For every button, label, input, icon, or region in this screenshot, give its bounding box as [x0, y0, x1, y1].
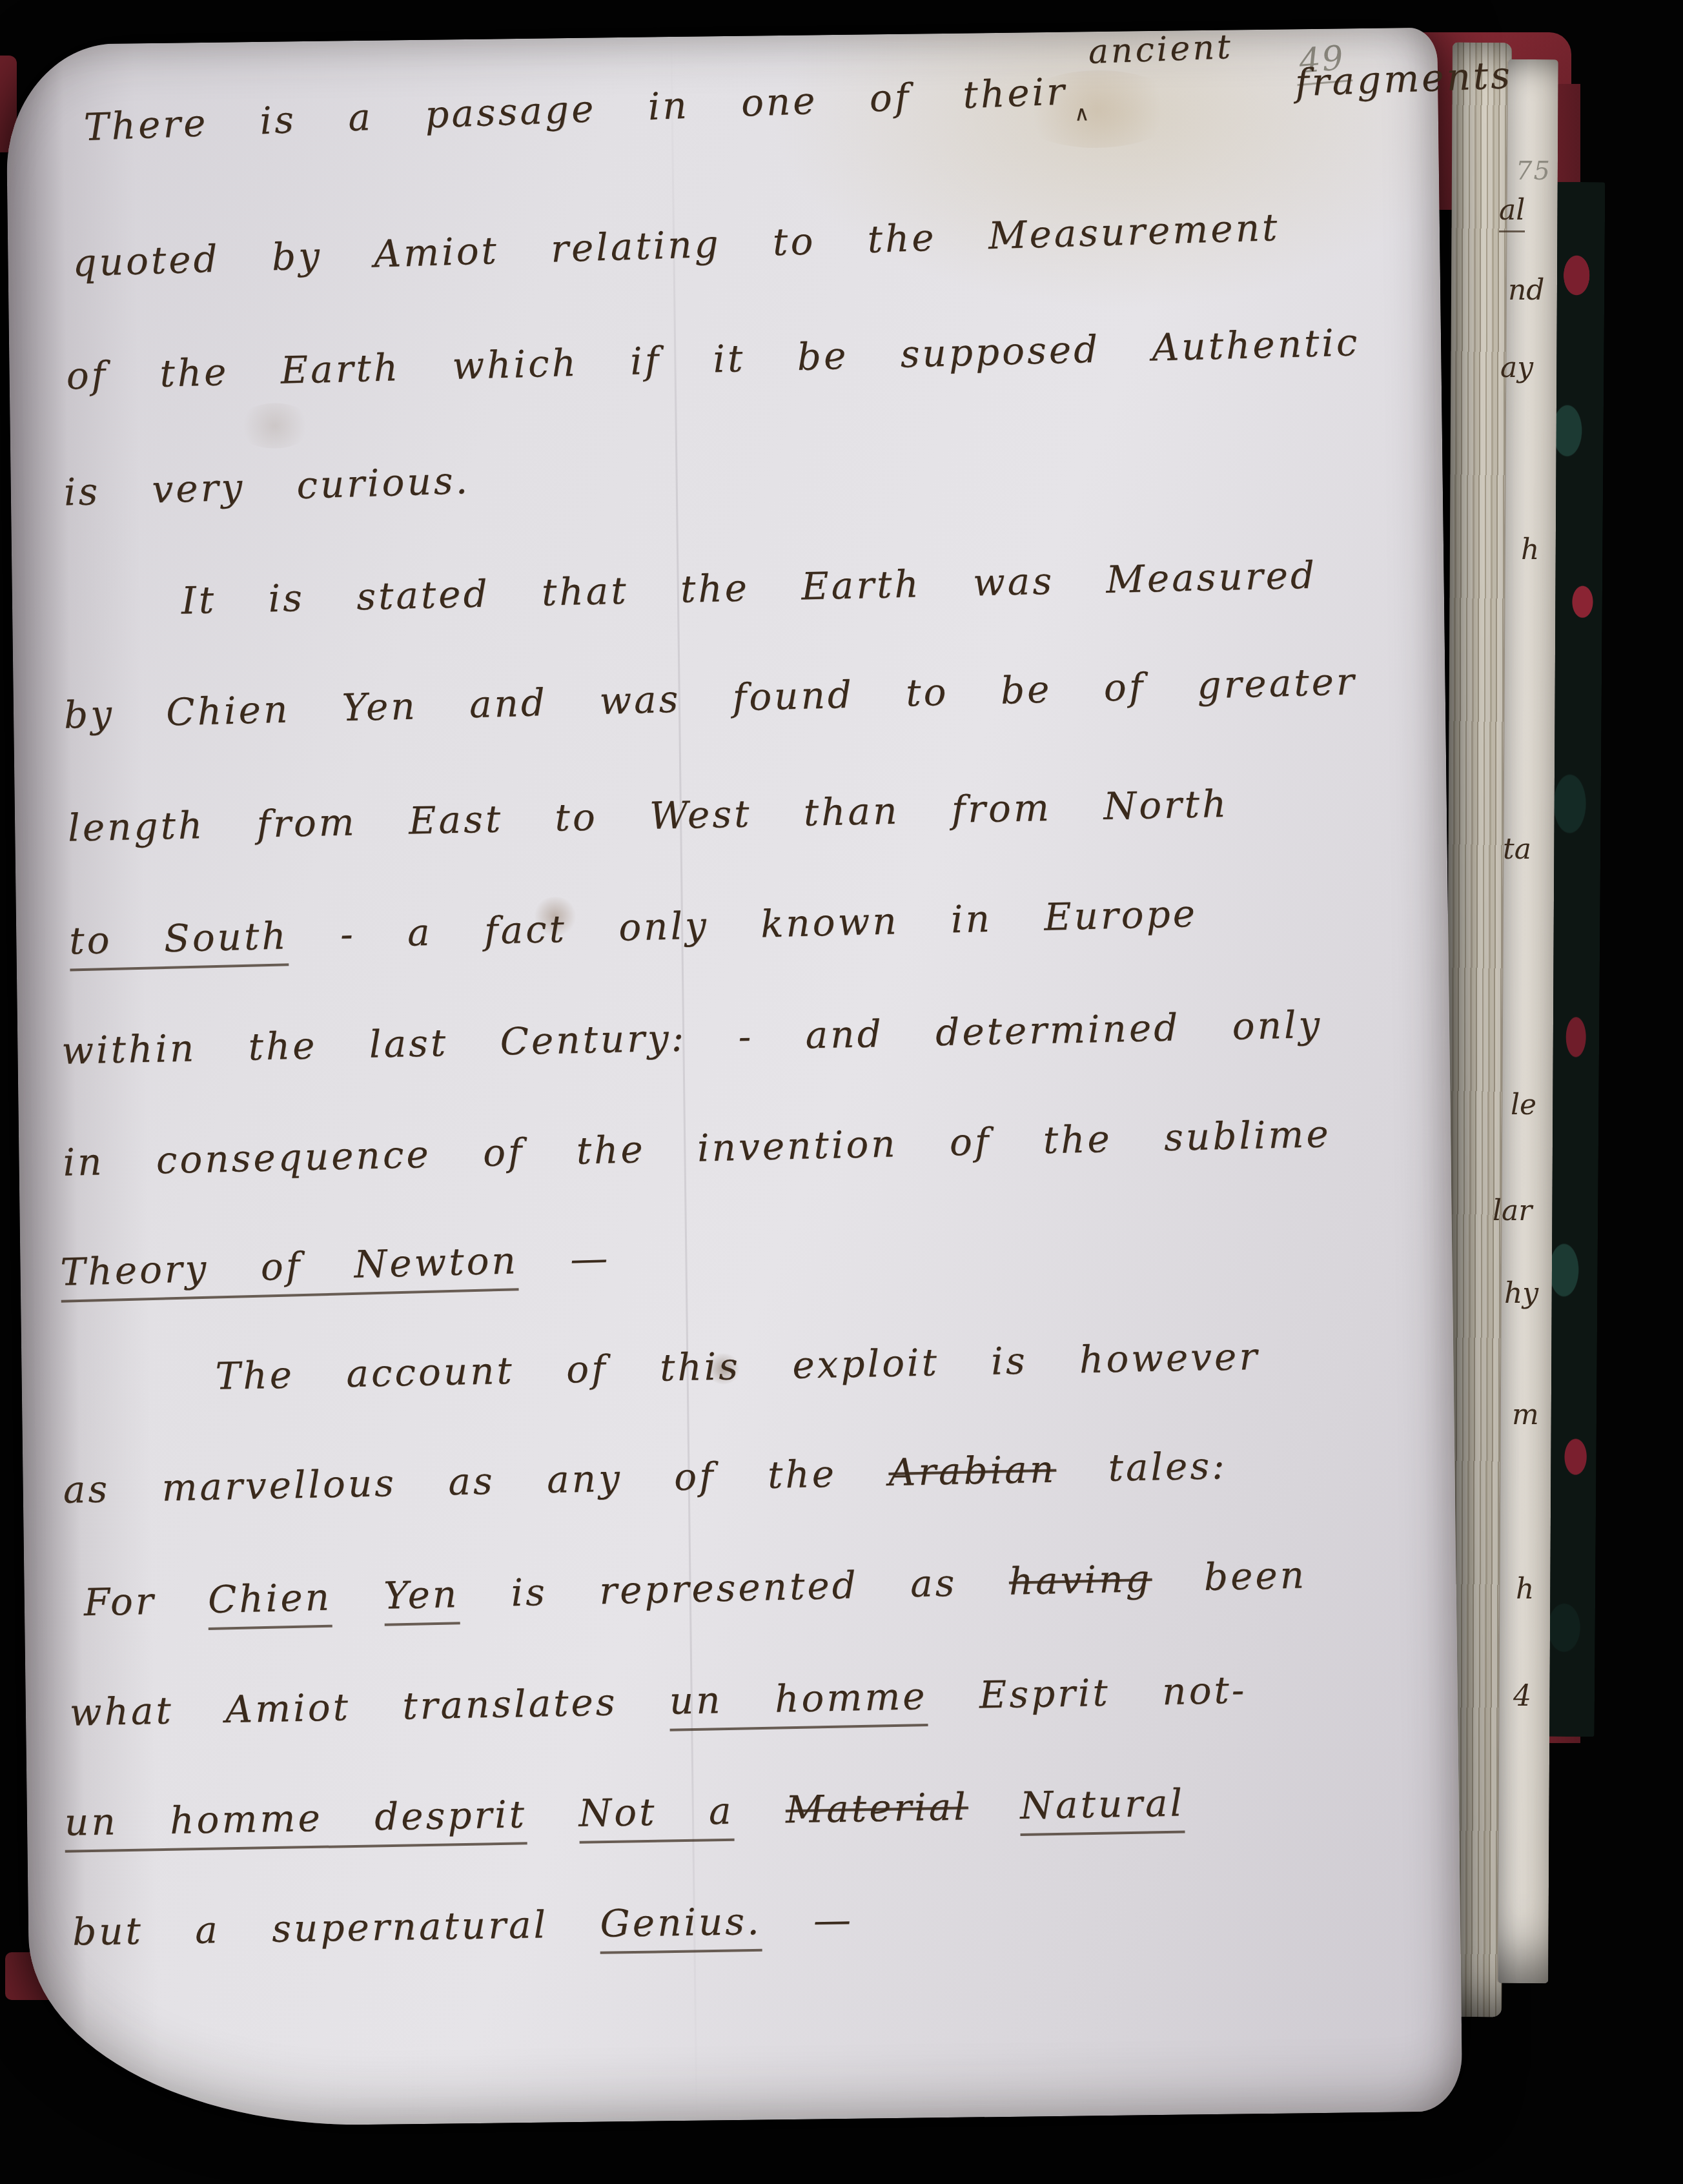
manuscript-text: Theory of Newton: [60, 1238, 519, 1303]
edge-text-fragment: m: [1512, 1398, 1539, 1431]
manuscript-text: been: [1152, 1553, 1307, 1600]
manuscript-line: The account of this exploit is however: [215, 1334, 1260, 1398]
manuscript-text: but a supernatural: [72, 1902, 600, 1954]
manuscript-text: to South: [68, 913, 289, 971]
manuscript-line: of the Earth which if it be supposed Aut…: [66, 320, 1360, 398]
edge-text-fragment: lar: [1493, 1194, 1532, 1227]
manuscript-text: Yen: [383, 1572, 460, 1626]
manuscript-text: un homme: [669, 1674, 928, 1731]
manuscript-text: - a fact only known in Europe: [288, 892, 1198, 957]
manuscript-line: to South - a fact only known in Europe: [68, 892, 1198, 963]
book-photograph: 75 alndayhtalelarhymh4 49 There is a pas…: [0, 0, 1683, 2184]
manuscript-text: as marvellous as any of the: [63, 1451, 889, 1512]
manuscript-line: un homme desprit Not a Material Natural: [64, 1781, 1185, 1844]
manuscript-text: —: [761, 1898, 853, 1943]
manuscript-line: as marvellous as any of the Arabian tale…: [63, 1444, 1227, 1512]
struck-word: Arabian: [888, 1447, 1057, 1495]
manuscript-line: For Chien Yen is represented as having b…: [83, 1553, 1307, 1624]
edge-text-fragment: 4: [1513, 1680, 1531, 1713]
manuscript-text: quoted by Amiot relating to the Measurem…: [72, 205, 1280, 285]
manuscript-line: There is a passage in one of their∧ancie…: [83, 53, 1513, 149]
manuscript-text: is represented as: [458, 1560, 1009, 1616]
manuscript-text: Genius.: [600, 1899, 762, 1954]
manuscript-line: by Chien Yen and was found to be of grea…: [63, 659, 1357, 737]
manuscript-line: but a supernatural Genius. —: [72, 1898, 854, 1954]
manuscript-line: what Amiot translates un homme Esprit no…: [69, 1668, 1247, 1735]
edge-text-fragment: al: [1499, 194, 1525, 232]
edge-text-fragment: le: [1511, 1088, 1536, 1121]
manuscript-text: —: [518, 1236, 611, 1282]
struck-word: Material: [785, 1784, 968, 1832]
inserted-word: ancient: [1088, 28, 1234, 72]
manuscript-text: Chien: [207, 1575, 332, 1630]
manuscript-text: [331, 1574, 384, 1619]
edge-text-fragment: ay: [1500, 351, 1533, 384]
manuscript-text: length from East to West than from North: [67, 782, 1229, 850]
manuscript-text: within the last Century: - and determine…: [61, 1003, 1323, 1073]
manuscript-text: Natural: [1020, 1781, 1185, 1835]
manuscript-text: [526, 1791, 579, 1836]
insertion-caret: ∧: [1074, 101, 1090, 126]
manuscript-text: in consequence of the invention of the s…: [63, 1112, 1332, 1185]
manuscript-line: It is stated that the Earth was Measured: [181, 553, 1318, 622]
manuscript-text: The account of this exploit is however: [215, 1334, 1260, 1398]
manuscript-text: [733, 1788, 786, 1832]
edge-text-fragment: h: [1521, 533, 1539, 566]
manuscript-text: [968, 1784, 1021, 1828]
manuscript-line: within the last Century: - and determine…: [61, 1003, 1323, 1073]
manuscript-text: tales:: [1056, 1444, 1227, 1491]
adjacent-page-number: 75: [1516, 156, 1551, 186]
manuscript-line: is very curious.: [63, 458, 471, 515]
manuscript-text: of the Earth which if it be supposed Aut…: [66, 320, 1360, 398]
edge-text-fragment: nd: [1508, 274, 1545, 307]
edge-text-fragment: h: [1516, 1573, 1534, 1606]
manuscript-text: For: [83, 1578, 209, 1624]
manuscript-text: what Amiot translates: [69, 1679, 669, 1735]
edge-text-fragment: ta: [1503, 833, 1531, 866]
manuscript-text: Esprit not-: [927, 1668, 1247, 1718]
manuscript-line: Theory of Newton —: [60, 1236, 611, 1294]
manuscript-text: is very curious.: [63, 458, 471, 515]
manuscript-page: 49 There is a passage in one of their∧an…: [5, 28, 1462, 2129]
struck-word: having: [1008, 1556, 1152, 1604]
manuscript-text-block: There is a passage in one of their∧ancie…: [5, 28, 1437, 45]
paper-stain: [236, 403, 314, 449]
manuscript-line: length from East to West than from North: [67, 782, 1229, 850]
manuscript-text: It is stated that the Earth was Measured: [181, 553, 1318, 622]
manuscript-line: quoted by Amiot relating to the Measurem…: [72, 205, 1280, 285]
manuscript-text: un homme desprit: [64, 1792, 527, 1852]
manuscript-text: Not a: [578, 1789, 734, 1844]
manuscript-text: There is a passage in one of their: [83, 69, 1068, 149]
manuscript-text: by Chien Yen and was found to be of grea…: [63, 659, 1357, 737]
edge-text-fragment: hy: [1504, 1277, 1538, 1310]
manuscript-line: in consequence of the invention of the s…: [63, 1112, 1332, 1185]
